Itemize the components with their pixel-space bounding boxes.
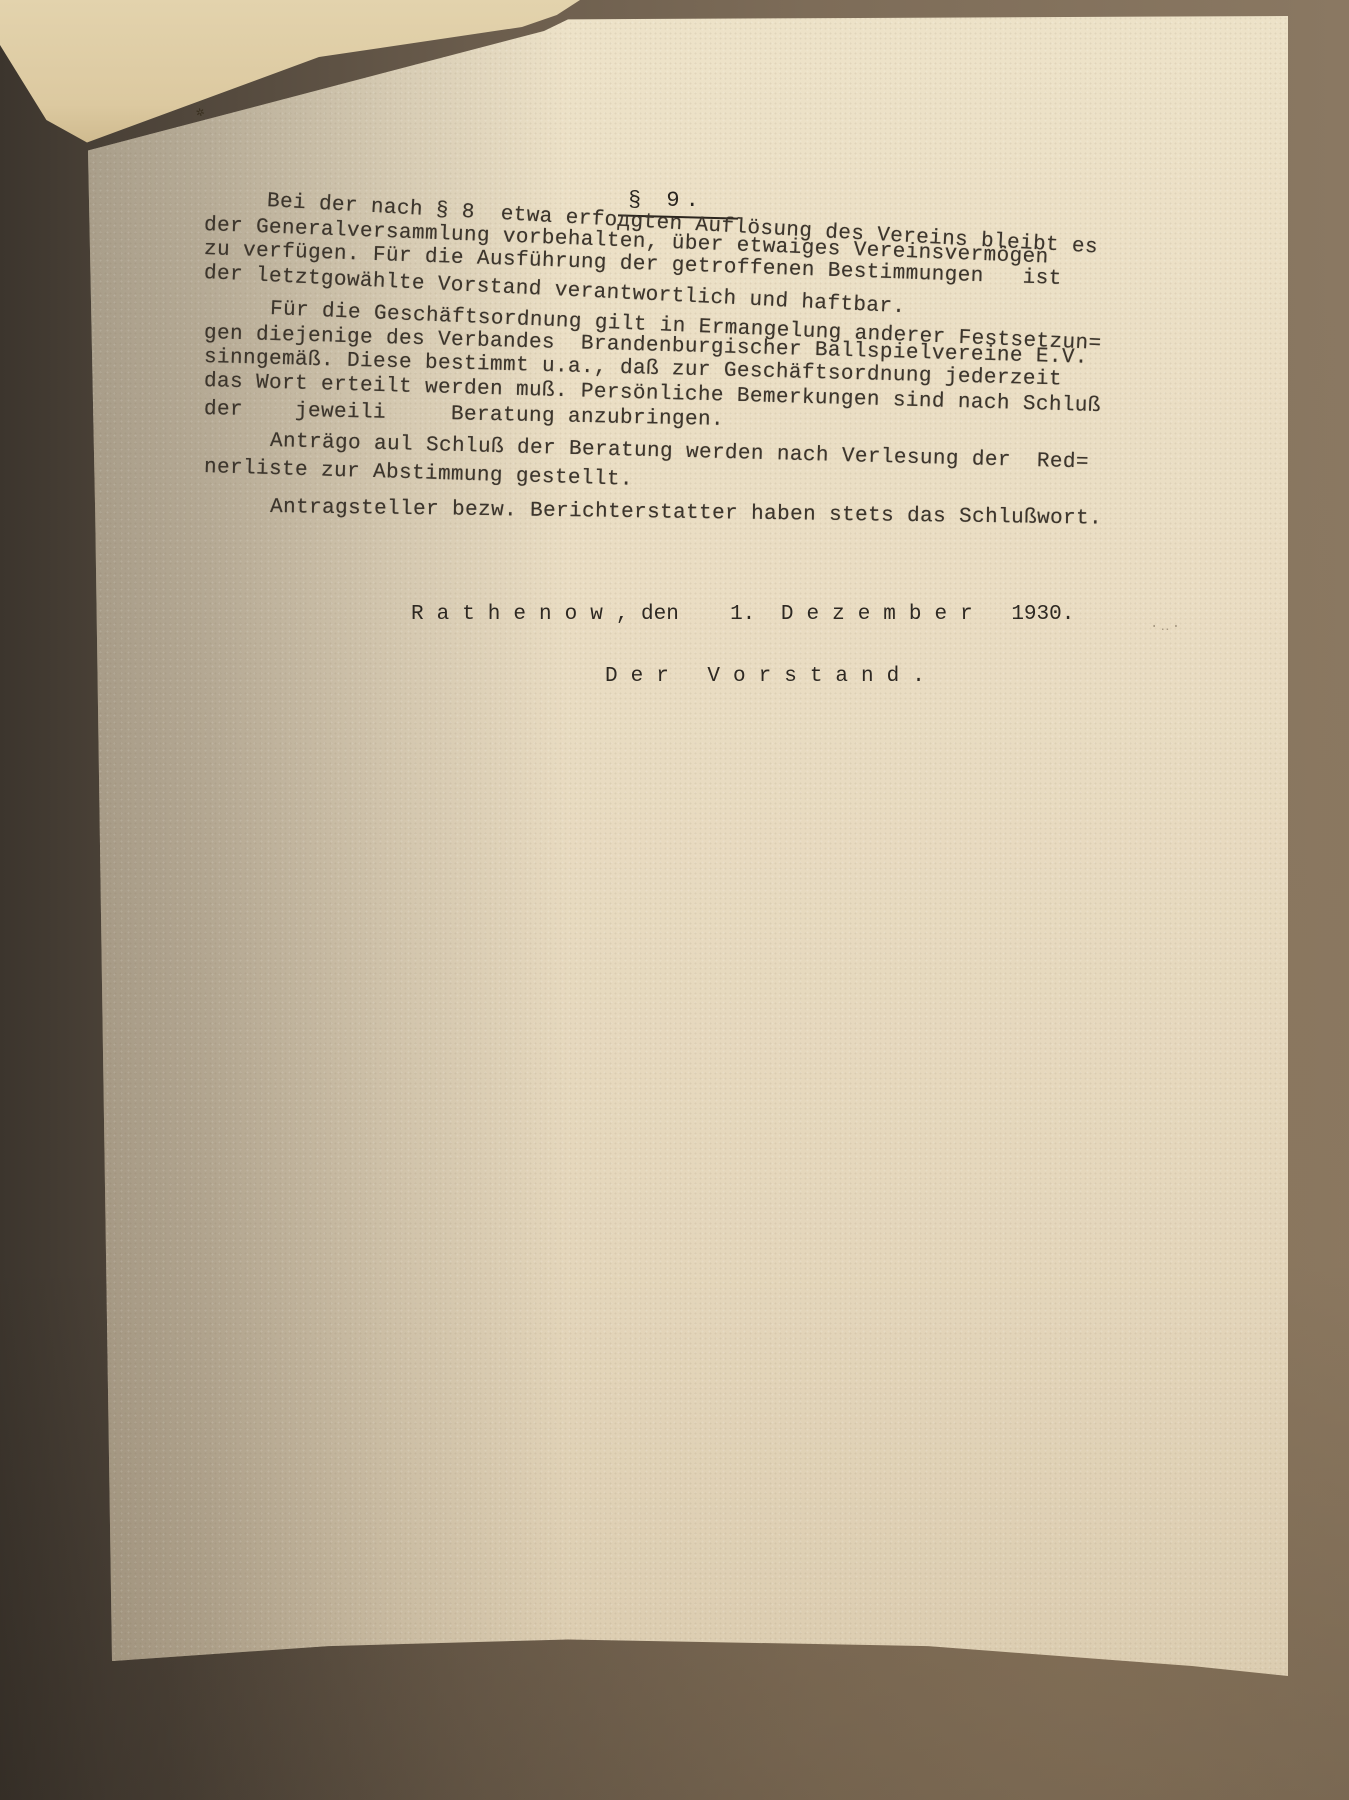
place-name: Rathenow xyxy=(411,603,616,626)
date-day: 1. xyxy=(730,603,755,626)
date-month: Dezember xyxy=(781,603,986,626)
section-heading: § 9. xyxy=(628,188,705,213)
date-year: 1930. xyxy=(1011,603,1074,626)
signature-board: Der Vorstand. xyxy=(605,665,938,688)
date-connector: , den xyxy=(616,603,679,626)
faint-marks: ·‥· xyxy=(1150,618,1182,635)
place-date-line: Rathenow, den 1. Dezember 1930. xyxy=(411,603,1074,626)
